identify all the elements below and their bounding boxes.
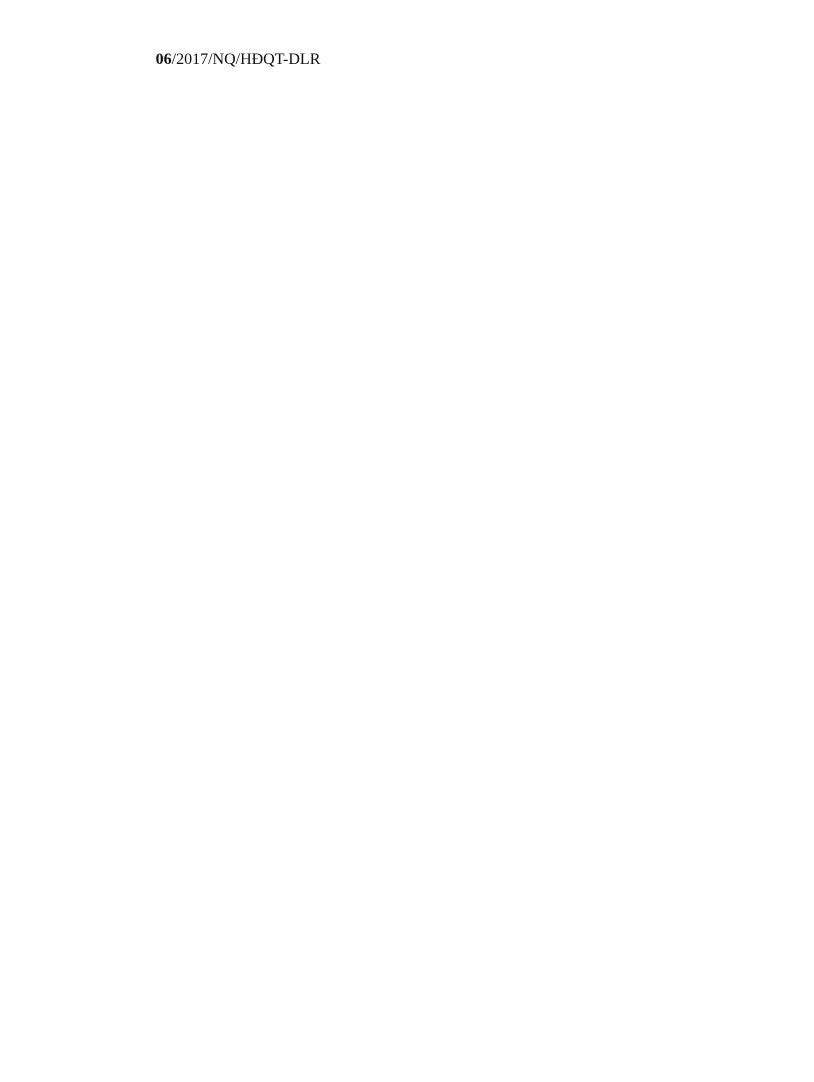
doc-number-value: 06: [156, 51, 172, 68]
document-number: 06/2017/NQ/HĐQT-DLR: [118, 50, 358, 69]
company-header: 06/2017/NQ/HĐQT-DLR: [118, 50, 358, 69]
doc-number-rest: /2017/NQ/HĐQT-DLR: [172, 51, 321, 68]
national-header: [370, 50, 740, 69]
